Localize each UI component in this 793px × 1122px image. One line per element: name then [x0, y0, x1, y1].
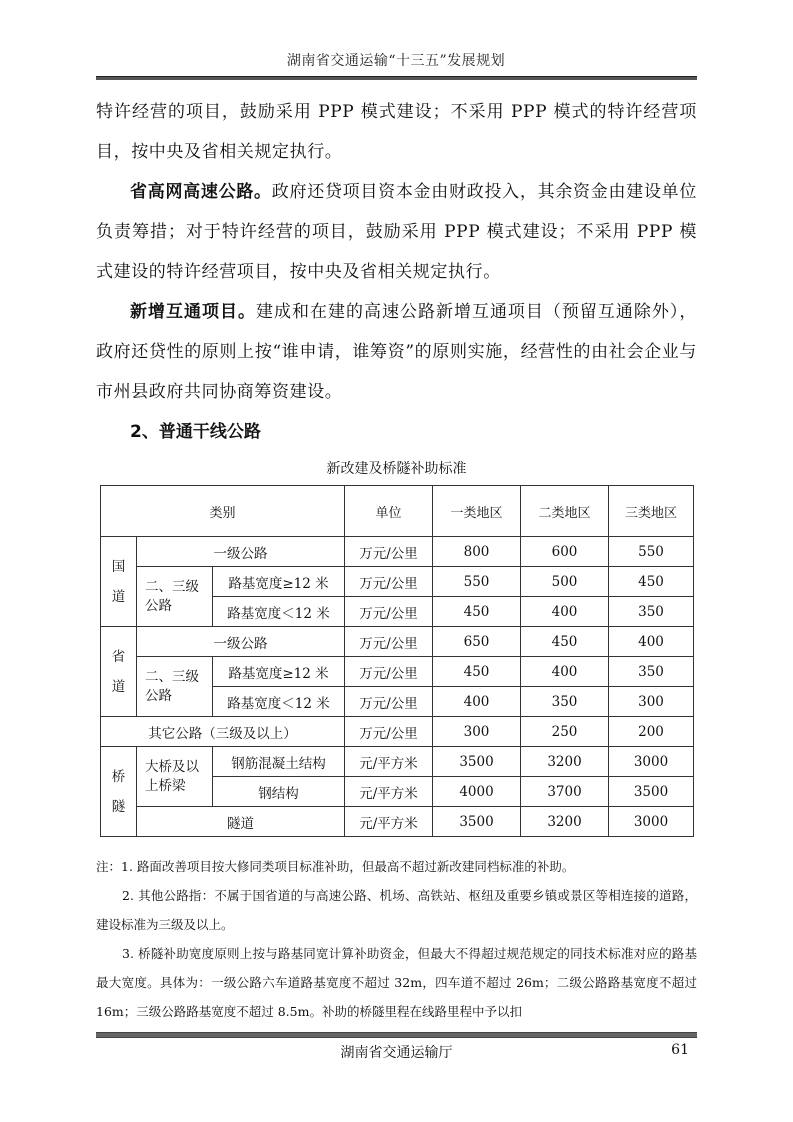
row-zone1: 3500 — [433, 747, 521, 777]
row-zone2: 250 — [521, 717, 609, 747]
paragraph-lead: 省高网高速公路。 — [130, 182, 272, 202]
row-unit: 万元/公里 — [345, 627, 433, 657]
row-unit: 元/平方米 — [345, 747, 433, 777]
group-bridge-tunnel: 桥隧 — [101, 747, 137, 837]
body-text: 特许经营的项目，鼓励采用 PPP 模式建设；不采用 PPP 模式的特许经营项目，… — [96, 92, 697, 452]
row-unit: 万元/公里 — [345, 657, 433, 687]
table-row: 其它公路（三级及以上） 万元/公里 300 250 200 — [101, 717, 694, 747]
page-number: 61 — [671, 1042, 689, 1058]
section-heading: 2、普通干线公路 — [96, 412, 697, 452]
group-national-road: 国道 — [101, 537, 137, 627]
row-unit: 万元/公里 — [345, 687, 433, 717]
table-header-row: 类别 单位 一类地区 二类地区 三类地区 — [101, 486, 694, 537]
row-unit: 元/平方米 — [345, 807, 433, 837]
row-zone1: 550 — [433, 567, 521, 597]
note-3: 3. 桥隧补助宽度原则上按与路基同宽计算补助资金，但最大不得超过规范规定的同技术… — [96, 939, 697, 1026]
note-1: 注：1. 路面改善项目按大修同类项目标准补助，但最高不超过新改建同档标准的补助。 — [96, 852, 697, 881]
row-label: 钢筋混凝土结构 — [213, 747, 345, 777]
header-category: 类别 — [101, 486, 345, 537]
row-zone2: 3200 — [521, 747, 609, 777]
running-header: 湖南省交通运输“十三五”发展规划 — [96, 50, 696, 70]
row-zone3: 3000 — [609, 747, 694, 777]
table-row: 国道 一级公路 万元/公里 800 600 550 — [101, 537, 694, 567]
row-unit: 万元/公里 — [345, 567, 433, 597]
paragraph-new-interchange: 新增互通项目。建成和在建的高速公路新增互通项目（预留互通除外），政府还贷性的原则… — [96, 292, 697, 412]
table-row: 二、三级公路 路基宽度≥12 米 万元/公里 550 500 450 — [101, 567, 694, 597]
header-unit: 单位 — [345, 486, 433, 537]
row-zone3: 300 — [609, 687, 694, 717]
row-unit: 元/平方米 — [345, 777, 433, 807]
row-unit: 万元/公里 — [345, 597, 433, 627]
paragraph-lead: 新增互通项目。 — [130, 302, 256, 322]
table-row: 二、三级公路 路基宽度≥12 米 万元/公里 450 400 350 — [101, 657, 694, 687]
paragraph-ppp-continuation: 特许经营的项目，鼓励采用 PPP 模式建设；不采用 PPP 模式的特许经营项目，… — [96, 92, 697, 172]
row-zone1: 3500 — [433, 807, 521, 837]
header-zone1: 一类地区 — [433, 486, 521, 537]
row-zone2: 500 — [521, 567, 609, 597]
row-zone3: 3500 — [609, 777, 694, 807]
row-label: 路基宽度≥12 米 — [213, 657, 345, 687]
subgroup-level23: 二、三级公路 — [137, 567, 213, 627]
table-row: 桥隧 大桥及以上桥梁 钢筋混凝土结构 元/平方米 3500 3200 3000 — [101, 747, 694, 777]
row-zone1: 450 — [433, 657, 521, 687]
row-unit: 万元/公里 — [345, 537, 433, 567]
table-row: 隧道 元/平方米 3500 3200 3000 — [101, 807, 694, 837]
subgroup-level23: 二、三级公路 — [137, 657, 213, 717]
row-unit: 万元/公里 — [345, 717, 433, 747]
row-label: 一级公路 — [137, 627, 345, 657]
row-zone2: 3200 — [521, 807, 609, 837]
footer-divider — [96, 1032, 697, 1038]
row-zone1: 650 — [433, 627, 521, 657]
row-zone1: 4000 — [433, 777, 521, 807]
row-zone2: 3700 — [521, 777, 609, 807]
row-zone1: 400 — [433, 687, 521, 717]
group-provincial-road: 省道 — [101, 627, 137, 717]
row-label: 隧道 — [137, 807, 345, 837]
row-zone2: 400 — [521, 657, 609, 687]
row-label: 其它公路（三级及以上） — [101, 717, 345, 747]
row-zone1: 300 — [433, 717, 521, 747]
row-zone3: 350 — [609, 657, 694, 687]
table-row: 省道 一级公路 万元/公里 650 450 400 — [101, 627, 694, 657]
row-label: 路基宽度＜12 米 — [213, 687, 345, 717]
row-label: 路基宽度≥12 米 — [213, 567, 345, 597]
paragraph-text: 特许经营的项目，鼓励采用 PPP 模式建设；不采用 PPP 模式的特许经营项目，… — [96, 102, 697, 162]
paragraph-provincial-expressway: 省高网高速公路。政府还贷项目资本金由财政投入，其余资金由建设单位负责筹措；对于特… — [96, 172, 697, 292]
row-zone3: 200 — [609, 717, 694, 747]
table-caption: 新改建及桥隧补助标准 — [96, 458, 697, 478]
row-zone3: 350 — [609, 597, 694, 627]
row-zone2: 600 — [521, 537, 609, 567]
row-label: 路基宽度＜12 米 — [213, 597, 345, 627]
note-2: 2. 其他公路指：不属于国省道的与高速公路、机场、高铁站、枢纽及重要乡镇或景区等… — [96, 881, 697, 939]
table-notes: 注：1. 路面改善项目按大修同类项目标准补助，但最高不超过新改建同档标准的补助。… — [96, 852, 697, 1026]
row-zone1: 450 — [433, 597, 521, 627]
row-zone3: 400 — [609, 627, 694, 657]
subsidy-table: 类别 单位 一类地区 二类地区 三类地区 国道 一级公路 万元/公里 800 6… — [100, 485, 694, 837]
row-label: 一级公路 — [137, 537, 345, 567]
row-zone2: 400 — [521, 597, 609, 627]
header-zone3: 三类地区 — [609, 486, 694, 537]
row-zone3: 3000 — [609, 807, 694, 837]
header-divider — [96, 76, 697, 80]
row-zone3: 450 — [609, 567, 694, 597]
subgroup-large-bridge: 大桥及以上桥梁 — [137, 747, 213, 807]
row-zone3: 550 — [609, 537, 694, 567]
row-label: 钢结构 — [213, 777, 345, 807]
row-zone2: 350 — [521, 687, 609, 717]
footer-organization: 湖南省交通运输厅 — [96, 1042, 697, 1062]
header-zone2: 二类地区 — [521, 486, 609, 537]
page-footer: 湖南省交通运输厅 61 — [96, 1042, 697, 1062]
row-zone2: 450 — [521, 627, 609, 657]
row-zone1: 800 — [433, 537, 521, 567]
